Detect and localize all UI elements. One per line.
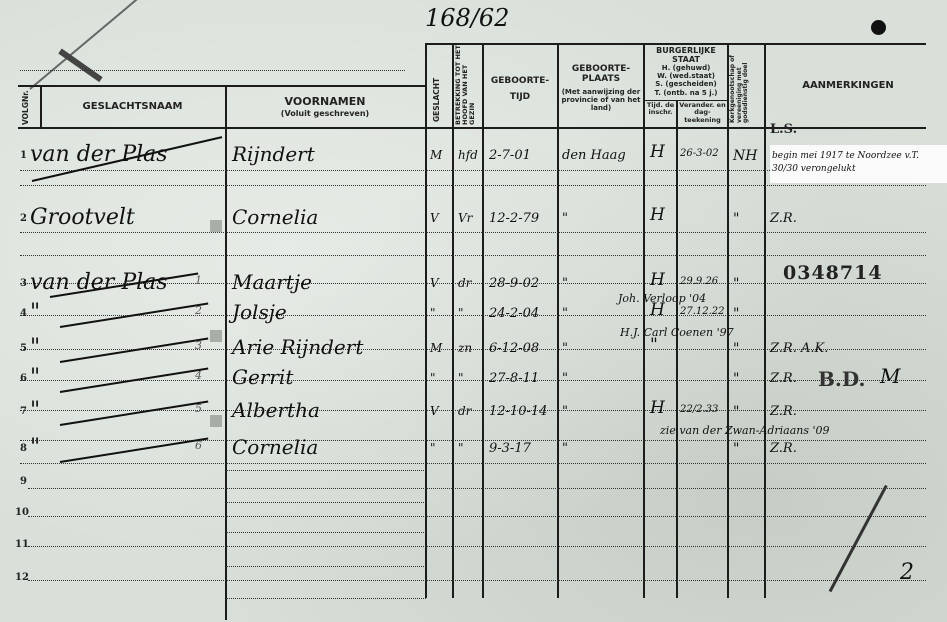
voornamen-sub-rule — [226, 502, 426, 503]
row-number: 2 — [20, 213, 27, 224]
cell-church: NH — [733, 148, 757, 164]
voornamen-sub-rule — [226, 532, 426, 533]
cell-birth-place: den Haag — [562, 148, 626, 163]
header-kerkgenootschap: Kerkgenootschap of vereeniging met godsd… — [730, 43, 750, 123]
pencil-check-mark — [210, 220, 222, 232]
header-voornamen-sub: (Voluit geschreven) — [230, 109, 420, 118]
cell-surname: " — [30, 435, 40, 460]
child-index: 1 — [195, 274, 202, 287]
cell-church: " — [733, 211, 739, 227]
row-rule — [20, 232, 926, 233]
cell-birth-date: 28-9-02 — [489, 276, 539, 291]
header-geboortetijd: GEBOORTE- TIJD — [484, 76, 556, 103]
empty-row-number: 11 — [15, 539, 29, 550]
header-bs-tijd: Tijd. de inschr. — [645, 102, 676, 117]
cell-relation: hfd — [458, 148, 478, 162]
empty-row-number: 12 — [15, 572, 29, 583]
cell-birth-date: 24-2-04 — [489, 306, 539, 321]
row-number: 3 — [20, 278, 27, 289]
cell-birth-date: 12-2-79 — [489, 211, 539, 226]
corner-mark: 2 — [900, 560, 914, 585]
cell-church: " — [733, 404, 739, 420]
pencil-check-mark — [210, 330, 222, 342]
cell-marital-status: H — [650, 142, 665, 162]
cell-first-name: Arie Rijndert — [232, 335, 363, 359]
card-number-stamp: 0348714 — [783, 262, 883, 284]
row-number: 6 — [20, 373, 27, 384]
header-voornamen-title: VOORNAMEN — [285, 95, 366, 108]
row-number: 8 — [20, 443, 27, 454]
cell-relation: " — [458, 306, 464, 320]
cell-surname: " — [30, 300, 40, 325]
cell-birth-place: " — [562, 371, 568, 386]
cell-sex: V — [430, 276, 439, 290]
surname-strike-line — [60, 438, 208, 463]
cell-marital-status: H — [650, 270, 665, 290]
cell-sex: " — [430, 371, 436, 385]
surname-strike-line — [60, 401, 208, 426]
pencil-cross-mark — [29, 0, 138, 90]
header-bs-t: T. (ontb. na 5 j.) — [645, 89, 727, 97]
cell-church: " — [733, 276, 739, 292]
row-rule — [20, 315, 926, 316]
header-geboorteplaats: GEBOORTE- PLAATS (Met aanwijzing der pro… — [559, 64, 643, 112]
cell-relation: Vr — [458, 211, 472, 225]
cell-birth-place: " — [562, 341, 568, 356]
cell-birth-place: " — [562, 276, 568, 291]
cell-church: " — [733, 341, 739, 357]
row-rule — [28, 488, 926, 489]
cell-birth-date: 12-10-14 — [489, 404, 547, 419]
header-aanmerkingen: AANMERKINGEN — [768, 80, 928, 92]
voornamen-sub-rule — [226, 566, 426, 567]
header-volgnr: VOLGNr. — [22, 90, 30, 125]
cell-marital-change-date: 22/2.33 — [680, 404, 718, 415]
row-number: 1 — [20, 150, 27, 161]
cell-first-name: Cornelia — [232, 205, 318, 229]
header-geboorteplaats-sub: (Met aanwijzing der provincie of van het… — [559, 88, 643, 112]
row-number: 7 — [20, 406, 27, 417]
surname-strike-line — [60, 338, 208, 363]
cell-remarks: Z.R. A.K. — [770, 341, 828, 356]
cell-marital-change-date: 29.9.26 — [680, 276, 718, 287]
punch-hole — [871, 20, 886, 35]
empty-row-number: 10 — [15, 507, 29, 518]
header-bs-h: H. (gehuwd) — [645, 64, 727, 72]
voornamen-sub-rule — [226, 470, 426, 471]
cell-church: " — [733, 441, 739, 457]
cell-birth-date: 6-12-08 — [489, 341, 539, 356]
stamp-bd: B.D. — [818, 367, 865, 391]
header-burgerlijke-staat: BURGERLIJKE STAAT H. (gehuwd) W. (wed.st… — [645, 46, 727, 97]
cell-sex: " — [430, 306, 436, 320]
cell-sex: V — [430, 211, 439, 225]
header-bs-title: BURGERLIJKE STAAT — [645, 46, 727, 64]
spouse-row7: zie van der Zwan-Adriaans '09 — [660, 424, 830, 437]
header-geboorteplaats-2: PLAATS — [559, 74, 643, 84]
cell-church: " — [733, 306, 739, 322]
header-voornamen: VOORNAMEN (Voluit geschreven) — [230, 96, 420, 118]
voornamen-sub-rule — [226, 598, 426, 599]
cell-birth-date: 27-8-11 — [489, 371, 539, 386]
cell-birth-place: " — [562, 306, 568, 321]
cell-birth-place: " — [562, 404, 568, 419]
cell-relation: dr — [458, 404, 471, 418]
cell-surname: " — [30, 365, 40, 390]
row-rule — [20, 255, 926, 256]
row-rule — [28, 580, 926, 581]
spouse-row3: Joh. Verloop '04 — [618, 292, 706, 305]
cell-surname: Grootvelt — [30, 205, 135, 230]
cell-surname: " — [30, 398, 40, 423]
cell-church: " — [733, 371, 739, 387]
cell-sex: M — [430, 341, 442, 355]
cell-remarks: L.S. — [770, 122, 797, 137]
header-geslacht: GESLACHT — [433, 78, 441, 122]
cell-birth-date: 9-3-17 — [489, 441, 531, 456]
row-rule — [28, 516, 926, 517]
row-rule — [28, 546, 926, 547]
empty-row-number: 9 — [20, 476, 27, 487]
header-bs-w: W. (wed.staat) — [645, 72, 727, 80]
cell-sex: " — [430, 441, 436, 455]
header-geboortetijd-1: GEBOORTE- — [484, 76, 556, 86]
header-bs-s: S. (gescheiden) — [645, 80, 727, 88]
reference-number: 168/62 — [425, 4, 509, 32]
cell-remarks: Z.R. — [770, 211, 797, 226]
header-geboorteplaats-1: GEBOORTE- — [559, 64, 643, 74]
initials: M — [880, 364, 900, 388]
header-bs-verander: Verander. en dag-teekening — [678, 102, 727, 124]
cell-birth-place: " — [562, 441, 568, 456]
cell-first-name: Jolsje — [232, 300, 287, 324]
cell-remarks: Z.R. — [770, 441, 797, 456]
spouse-row4: H.J. Carl Coenen '97 — [620, 326, 734, 339]
cell-relation: " — [458, 441, 464, 455]
cell-remarks: Z.R. — [770, 404, 797, 419]
header-geboortetijd-2: TIJD — [484, 92, 556, 102]
row-number: 5 — [20, 343, 27, 354]
cell-marital-change-date: 27.12.22 — [680, 306, 725, 317]
row-number: 4 — [20, 308, 27, 319]
row-rule — [20, 185, 926, 186]
cell-first-name: Albertha — [232, 398, 320, 422]
cell-marital-status: H — [650, 205, 665, 225]
cell-marital-status: H — [650, 398, 665, 418]
cell-first-name: Maartje — [232, 270, 312, 294]
header-betrekking: BETREKKING TOT HET HOOFD VAN HET GEZIN — [455, 45, 476, 125]
diagonal-cancel-stroke — [829, 485, 888, 592]
cell-sex: V — [430, 404, 439, 418]
cell-marital-change-date: 26-3-02 — [680, 148, 719, 159]
cell-remarks: Z.R. — [770, 371, 797, 386]
pencil-cross-mark-2 — [58, 49, 102, 83]
header-geslachtsnaam: GESLACHTSNAAM — [45, 101, 220, 113]
cell-sex: M — [430, 148, 442, 162]
cell-relation: dr — [458, 276, 471, 290]
pencil-check-mark — [210, 415, 222, 427]
cell-first-name: Cornelia — [232, 435, 318, 459]
cell-birth-place: " — [562, 211, 568, 226]
cell-surname: " — [30, 335, 40, 360]
remark-row1: begin mei 1917 te Noordzee v.T. 30/30 ve… — [772, 150, 942, 176]
cell-first-name: Rijndert — [232, 142, 315, 166]
cell-first-name: Gerrit — [232, 365, 293, 389]
row-rule — [20, 463, 926, 464]
cell-relation: zn — [458, 341, 472, 355]
cell-birth-date: 2-7-01 — [489, 148, 531, 163]
cell-relation: " — [458, 371, 464, 385]
